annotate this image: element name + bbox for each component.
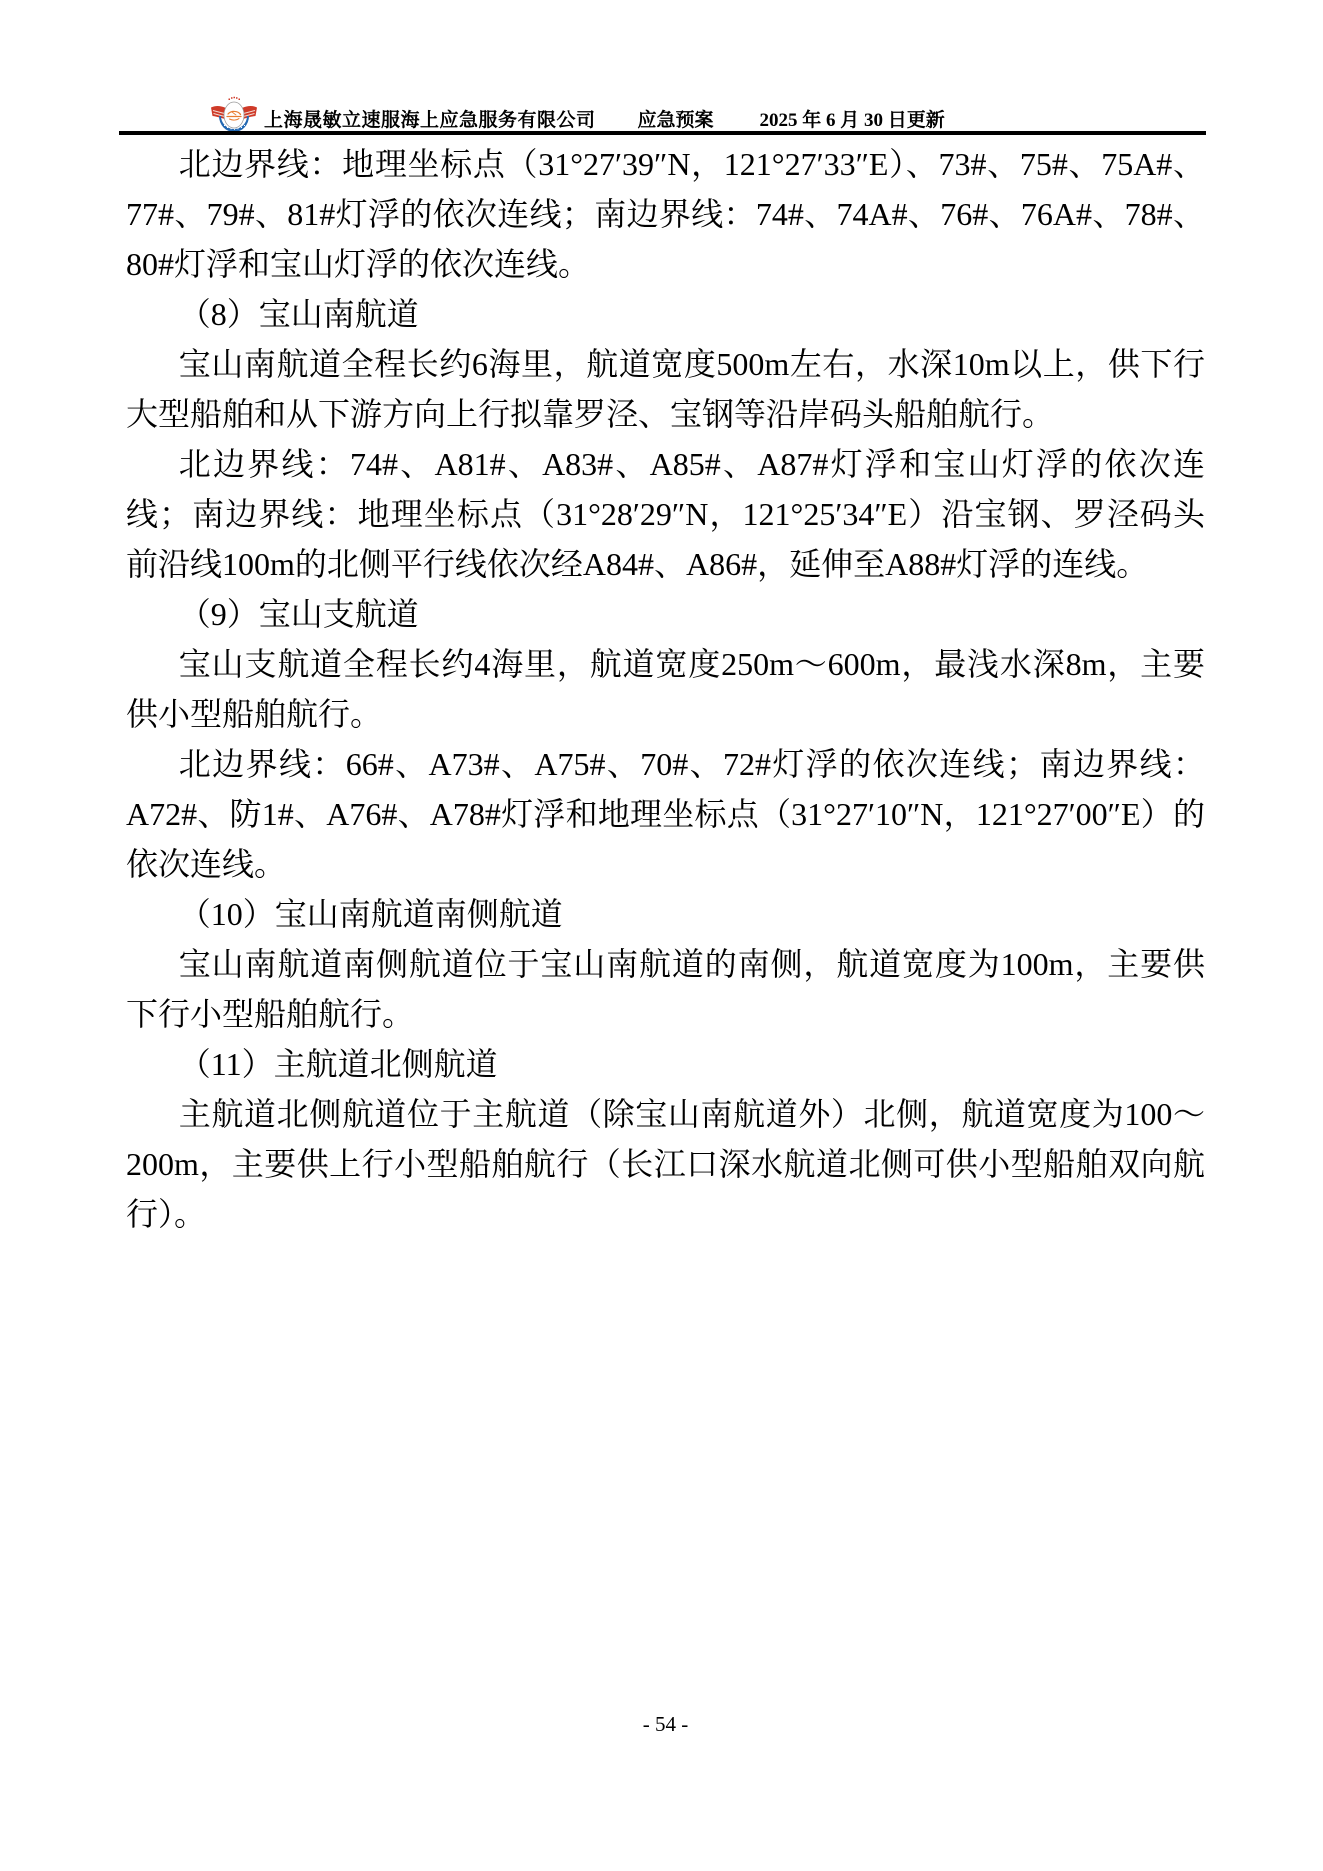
document-page: 上海晟敏立速服海上应急服务有限公司 应急预案 2025 年 6 月 30 日更新… (0, 0, 1323, 1871)
page-header: 上海晟敏立速服海上应急服务有限公司 应急预案 2025 年 6 月 30 日更新 (210, 90, 945, 136)
document-body: 北边界线：地理坐标点（31°27′39″N，121°27′33″E）、73#、7… (126, 139, 1205, 1239)
page-number: - 54 - (643, 1712, 689, 1736)
document-type: 应急预案 (638, 110, 714, 132)
logo-top-marks (229, 97, 241, 100)
paragraph: 宝山南航道南侧航道位于宝山南航道的南侧，航道宽度为100m，主要供下行小型船舶航… (126, 939, 1205, 1039)
section-heading: （11）主航道北侧航道 (126, 1039, 1205, 1089)
section-heading: （8）宝山南航道 (126, 289, 1205, 339)
section-heading: （9）宝山支航道 (126, 589, 1205, 639)
header-divider (119, 131, 1206, 135)
section-heading: （10）宝山南航道南侧航道 (126, 889, 1205, 939)
page-footer: - 54 - (126, 1712, 1205, 1737)
paragraph: 主航道北侧航道位于主航道（除宝山南航道外）北侧，航道宽度为100～200m，主要… (126, 1089, 1205, 1239)
company-name: 上海晟敏立速服海上应急服务有限公司 (264, 110, 596, 132)
paragraph: 宝山支航道全程长约4海里，航道宽度250m～600m，最浅水深8m，主要供小型船… (126, 639, 1205, 739)
update-date: 2025 年 6 月 30 日更新 (760, 110, 945, 132)
paragraph: 北边界线：地理坐标点（31°27′39″N，121°27′33″E）、73#、7… (126, 139, 1205, 289)
logo-center-oval (224, 102, 244, 128)
paragraph: 北边界线：74#、A81#、A83#、A85#、A87#灯浮和宝山灯浮的依次连线… (126, 439, 1205, 589)
paragraph: 北边界线：66#、A73#、A75#、70#、72#灯浮的依次连线；南边界线：A… (126, 739, 1205, 889)
paragraph: 宝山南航道全程长约6海里，航道宽度500m左右，水深10m以上，供下行大型船舶和… (126, 339, 1205, 439)
